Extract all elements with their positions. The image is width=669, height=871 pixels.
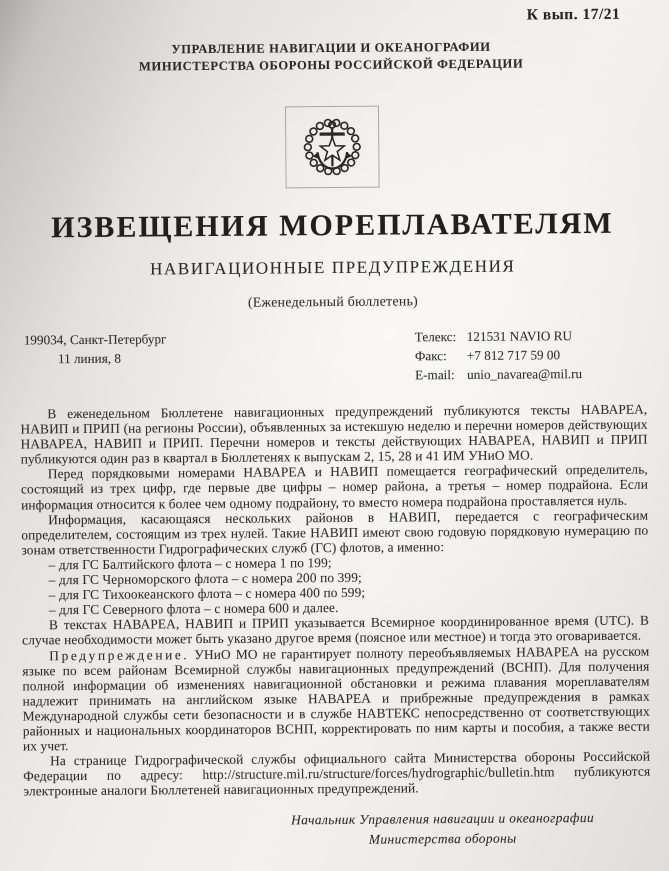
fax-row: Факс: +7 812 717 59 00: [415, 345, 641, 366]
organization-name: УПРАВЛЕНИЕ НАВИГАЦИИ И ОКЕАНОГРАФИИ МИНИ…: [17, 38, 644, 76]
anchor-star-chain-emblem-icon: [294, 110, 369, 185]
email-row: E-mail: unio_navarea@mil.ru: [415, 364, 641, 385]
scanned-document-page: К вып. 17/21 УПРАВЛЕНИЕ НАВИГАЦИИ И ОКЕА…: [0, 0, 669, 871]
address-line2: 11 линия, 8: [24, 348, 167, 368]
body-paragraph-3: Информация, касающаяся нескольких районо…: [21, 507, 648, 557]
body-text: В еженедельном Бюллетене навигационных п…: [20, 402, 650, 799]
issue-reference: К вып. 17/21: [17, 6, 644, 29]
warning-label: Предупреждение.: [49, 647, 189, 663]
fax-label: Факс:: [415, 346, 467, 365]
address-block: 199034, Санкт-Петербург 11 линия, 8: [20, 329, 167, 387]
emblem-box: [284, 106, 379, 189]
fax-value: +7 812 717 59 00: [467, 345, 560, 365]
email-label: E-mail:: [415, 365, 467, 384]
telex-row: Телекс: 121531 NAVIO RU: [415, 326, 641, 347]
body-paragraph-4: В текстах НАВАРЕА, НАВИП и ПРИП указывае…: [22, 613, 649, 648]
body-paragraph-2: Перед порядковыми номерами НАВАРЕА и НАВ…: [21, 462, 648, 512]
address-contacts-row: 199034, Санкт-Петербург 11 линия, 8 Теле…: [20, 326, 647, 388]
document-subtitle: НАВИГАЦИОННЫЕ ПРЕДУПРЕЖДЕНИЯ: [19, 256, 646, 281]
bulletin-type-note: (Еженедельный бюллетень): [19, 292, 646, 313]
document-sheet: К вып. 17/21 УПРАВЛЕНИЕ НАВИГАЦИИ И ОКЕА…: [0, 0, 669, 871]
warning-paragraph: Предупреждение.УНиО МО не гарантирует по…: [22, 643, 650, 754]
signature-line1: Начальник Управления навигации и океаног…: [242, 808, 642, 831]
address-line1: 199034, Санкт-Петербург: [24, 329, 167, 349]
contact-block: Телекс: 121531 NAVIO RU Факс: +7 812 717…: [415, 326, 647, 385]
fleet-number-ranges-list: – для ГС Балтийского флота – с номера 1 …: [21, 552, 648, 617]
telex-value: 121531 NAVIO RU: [467, 326, 572, 346]
organization-name-line2: МИНИСТЕРСТВА ОБОРОНЫ РОССИЙСКОЙ ФЕДЕРАЦИ…: [18, 54, 645, 75]
body-paragraph-1: В еженедельном Бюллетене навигационных п…: [20, 402, 647, 467]
signature-block: Начальник Управления навигации и океаног…: [242, 808, 642, 850]
document-title: ИЗВЕЩЕНИЯ МОРЕПЛАВАТЕЛЯМ: [19, 207, 646, 246]
email-value: unio_navarea@mil.ru: [467, 364, 582, 384]
signature-line2: Министерства обороны: [243, 828, 643, 851]
body-paragraph-6: На странице Гидрографической службы офиц…: [23, 749, 650, 799]
telex-label: Телекс:: [415, 327, 467, 346]
